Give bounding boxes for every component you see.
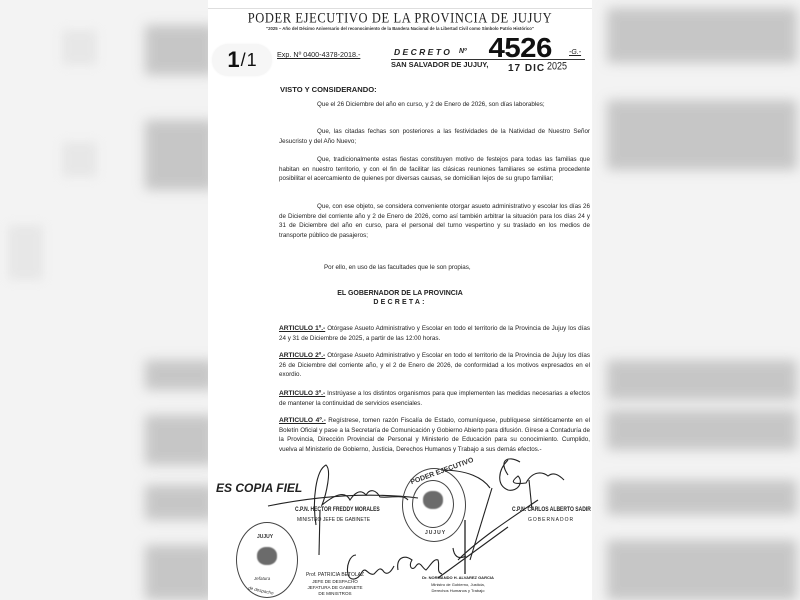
document-page: PODER EJECUTIVO DE LA PROVINCIA DE JUJUY… xyxy=(208,0,592,600)
signer-ministro-gobierno-role-1: Ministro de Gobierno, Justicia, xyxy=(418,582,498,588)
signer-despacho-role-1: JEFE DE DESPACHO xyxy=(300,579,370,585)
page-total: 1 xyxy=(247,50,257,71)
jefatura-seal-jujuy: JUJUY xyxy=(257,534,273,540)
seal-text-bottom: JUJUY xyxy=(425,530,446,536)
page-indicator: 1 / 1 xyxy=(212,44,272,76)
blurred-background-right xyxy=(592,0,800,600)
jefatura-seal-label: Jefatura xyxy=(254,576,270,581)
signer-despacho-role-2: JEFATURA DE GABINETE xyxy=(300,585,370,591)
page-separator: / xyxy=(241,50,246,71)
signer-despacho-role-3: DE MINISTROS xyxy=(300,591,370,597)
page-current: 1 xyxy=(227,47,239,73)
signer-ministro-gobierno-role-2: Derechos Humanos y Trabajo xyxy=(418,588,498,594)
signer-ministro-gobierno-name: Dr. NORMANDO H. ALVAREZ GARCIA xyxy=(418,575,498,581)
blurred-background-left xyxy=(0,0,208,600)
coat-of-arms-icon xyxy=(423,491,443,509)
signer-jefe-gabinete-role: MINISTRO JEFE DE GABINETE xyxy=(297,517,370,523)
coat-of-arms-icon xyxy=(257,547,277,565)
signer-gobernador-role: GOBERNADOR xyxy=(528,517,574,523)
signer-gobernador-name: C.P.N. CARLOS ALBERTO SADIR xyxy=(512,506,591,513)
signer-despacho-name: Prof. PATRICIA BETOLAZ xyxy=(300,573,370,579)
signer-jefe-gabinete-name: C.P.N. HECTOR FREDDY MORALES xyxy=(295,506,380,513)
